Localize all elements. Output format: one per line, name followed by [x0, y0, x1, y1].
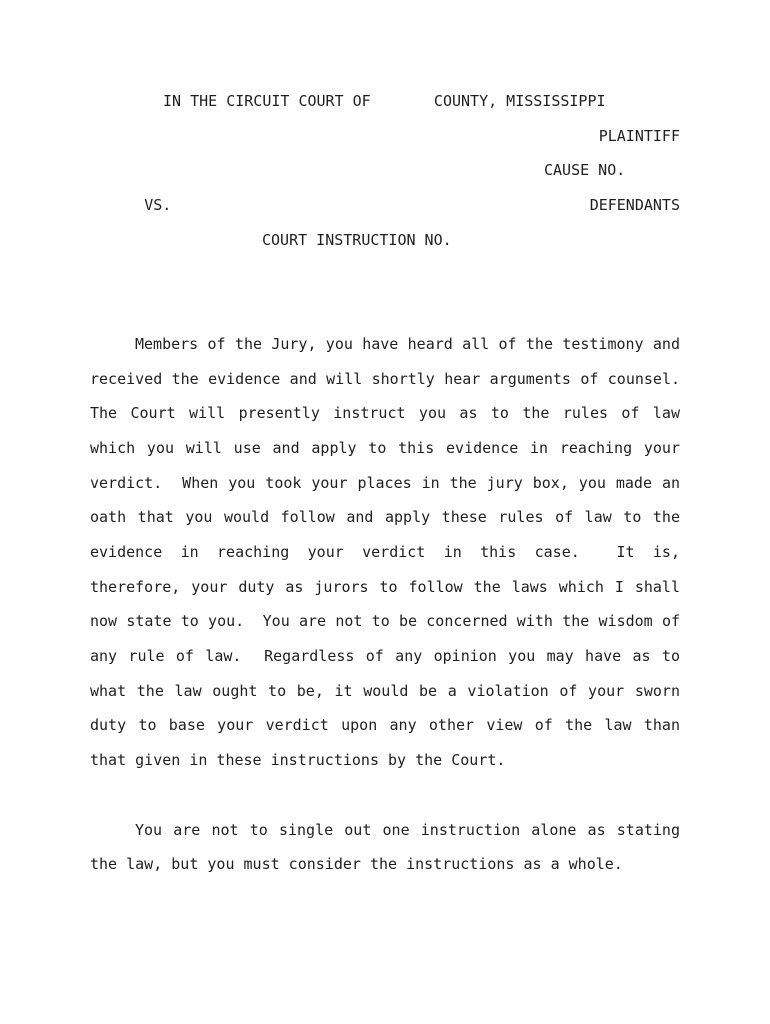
instruction-text: Members of the Jury, you have heard all … — [90, 327, 680, 882]
body-line: any rule of law. Regardless of any opini… — [90, 639, 680, 674]
body-line: received the evidence and will shortly h… — [90, 362, 680, 397]
body-line: duty to base your verdict upon any other… — [90, 708, 680, 743]
body-line: now state to you. You are not to be conc… — [90, 604, 680, 639]
cause-no-label: CAUSE NO. — [544, 153, 625, 188]
instruction-title: COURT INSTRUCTION NO. — [90, 223, 680, 258]
body-line: Members of the Jury, you have heard all … — [90, 327, 680, 362]
paragraph: You are not to single out one instructio… — [90, 813, 680, 882]
body-line: oath that you would follow and apply the… — [90, 500, 680, 535]
body-line: evidence in reaching your verdict in thi… — [90, 535, 680, 570]
court-name-line: IN THE CIRCUIT COURT OF COUNTY, MISSISSI… — [90, 84, 680, 119]
body-line: which you will use and apply to this evi… — [90, 431, 680, 466]
paragraph: Members of the Jury, you have heard all … — [90, 327, 680, 778]
case-caption: IN THE CIRCUIT COURT OF COUNTY, MISSISSI… — [90, 84, 680, 257]
body-line: the law, but you must consider the instr… — [90, 847, 680, 882]
body-line: You are not to single out one instructio… — [90, 813, 680, 848]
body-line: that given in these instructions by the … — [90, 743, 680, 778]
body-line: The Court will presently instruct you as… — [90, 396, 680, 431]
court-instruction-document: IN THE CIRCUIT COURT OF COUNTY, MISSISSI… — [0, 0, 770, 1024]
body-line: what the law ought to be, it would be a … — [90, 674, 680, 709]
body-line: verdict. When you took your places in th… — [90, 466, 680, 501]
defendants-label: DEFENDANTS — [90, 188, 680, 223]
plaintiff-label: PLAINTIFF — [90, 119, 680, 154]
vs-cause-row: VS. CAUSE NO. — [90, 153, 680, 188]
body-line: therefore, your duty as jurors to follow… — [90, 570, 680, 605]
vs-label: VS. — [144, 196, 171, 214]
